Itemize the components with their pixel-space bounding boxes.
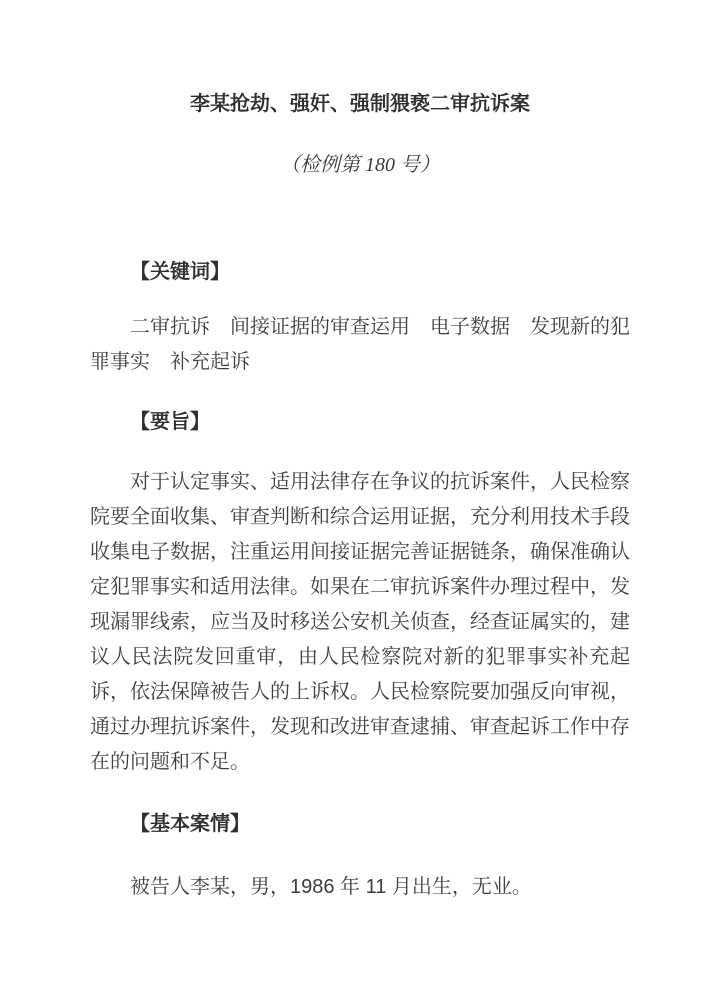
document-page: 李某抢劫、强奸、强制猥亵二审抗诉案 （检例第 180 号） 【关键词】 二审抗诉… (0, 0, 707, 999)
keywords-text: 二审抗诉 间接证据的审查运用 电子数据 发现新的犯罪事实 补充起诉 (90, 310, 630, 380)
gist-text: 对于认定事实、适用法律存在争议的抗诉案件，人民检察院要全面收集、审查判断和综合运… (90, 465, 630, 780)
basic-facts-text: 被告人李某，男，1986 年 11 月出生，无业。 (90, 870, 630, 905)
gist-section-heading: 【要旨】 (90, 405, 630, 440)
basic-facts-section-heading: 【基本案情】 (90, 807, 630, 842)
document-title: 李某抢劫、强奸、强制猥亵二审抗诉案 (90, 87, 630, 122)
case-number: （检例第 180 号） (90, 148, 630, 183)
keywords-section-heading: 【关键词】 (90, 255, 630, 290)
